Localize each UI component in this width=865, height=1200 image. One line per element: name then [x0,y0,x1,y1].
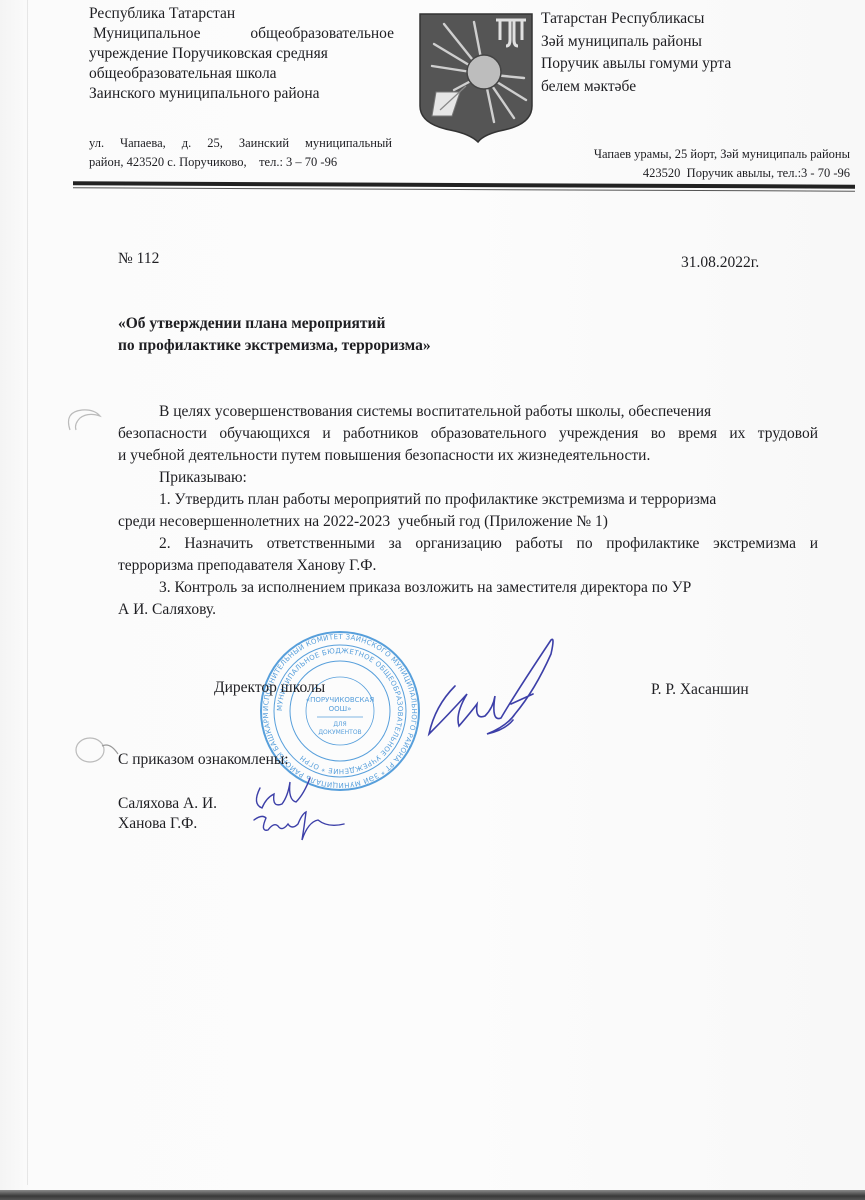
punch-hole-mark [60,400,120,440]
acknowledged-label: С приказом ознакомлены: [118,751,289,769]
header-left-line2: Муниципальное общеобразовательное [89,24,394,44]
header-right-line4: белем мәктәбе [541,76,841,99]
acknowledged-names: Саляхова А. И. Ханова Г.Ф. [118,794,217,834]
svg-text:ООШ»: ООШ» [329,705,352,713]
svg-text:ДЛЯ: ДЛЯ [333,721,346,728]
intro-line1: В целях усовершенствования системы воспи… [118,401,818,423]
header-left: Республика Татарстан Муниципальное общео… [89,4,394,104]
header-right-address-line1: Чапаев урамы, 25 йорт, Зәй муниципаль ра… [540,145,850,164]
item2-line1: 2. Назначить ответственными за организац… [118,533,818,555]
order-body: В целях усовершенствования системы воспи… [118,401,818,621]
header-right-line3: Поручик авылы гомуми урта [541,53,841,76]
header-left-address-line1: ул. Чапаева, д. 25, Заинский муниципальн… [89,134,392,153]
item1-line1: 1. Утвердить план работы мероприятий по … [118,489,818,511]
order-date: 31.08.2022г. [681,254,759,272]
scan-edge [27,0,28,1185]
header-left-line1: Республика Татарстан [89,4,394,24]
header-left-line5: Заинского муниципального района [89,84,394,104]
director-name: Р. Р. Хасаншин [651,681,749,699]
coat-of-arms-icon [414,6,540,144]
header-right: Татарстан Республикасы Зәй муниципаль ра… [541,8,841,98]
header-right-line1: Татарстан Республикасы [541,8,841,31]
svg-text:ДОКУМЕНТОВ: ДОКУМЕНТОВ [318,729,361,736]
svg-text:«ПОРУЧИКОВСКАЯ: «ПОРУЧИКОВСКАЯ [306,696,375,704]
order-title-line1: «Об утверждении плана мероприятий [118,313,431,335]
acknowledged-name: Ханова Г.Ф. [118,814,217,834]
header-left-line4: общеобразовательная школа [89,64,394,84]
order-title: «Об утверждении плана мероприятий по про… [118,313,431,357]
intro-line2: безопасности обучающихся и работников об… [118,423,818,445]
header-left-address: ул. Чапаева, д. 25, Заинский муниципальн… [89,134,392,172]
punch-hole-mark [68,732,124,772]
intro-line3: и учебной деятельности путем повышения б… [118,445,818,467]
director-position: Директор школы [214,679,325,697]
acknowledged-name: Саляхова А. И. [118,794,217,814]
header-right-address: Чапаев урамы, 25 йорт, Зәй муниципаль ра… [540,145,850,183]
scan-bottom-edge [0,1190,865,1200]
document-page: Республика Татарстан Муниципальное общео… [0,0,865,1200]
order-number: № 112 [118,250,159,268]
order-title-line2: по профилактике экстремизма, терроризма» [118,335,431,357]
header-left-address-line2: район, 423520 с. Поручиково, тел.: 3 – 7… [89,153,392,172]
item3-line2: А И. Саляхову. [118,599,818,621]
order-word: Приказываю: [118,467,818,489]
header-left-line3: учреждение Поручиковская средняя [89,44,394,64]
item3-line1: 3. Контроль за исполнением приказа возло… [118,577,818,599]
item1-line2: среди несовершеннолетних на 2022-2023 уч… [118,511,818,533]
header-right-address-line2: 423520 Поручик авылы, тел.:3 - 70 -96 [540,164,850,183]
employee-signatures [244,774,354,844]
director-signature [415,634,575,744]
header-right-line2: Зәй муниципаль районы [541,31,841,54]
item2-line2: терроризма преподавателя Ханову Г.Ф. [118,555,818,577]
